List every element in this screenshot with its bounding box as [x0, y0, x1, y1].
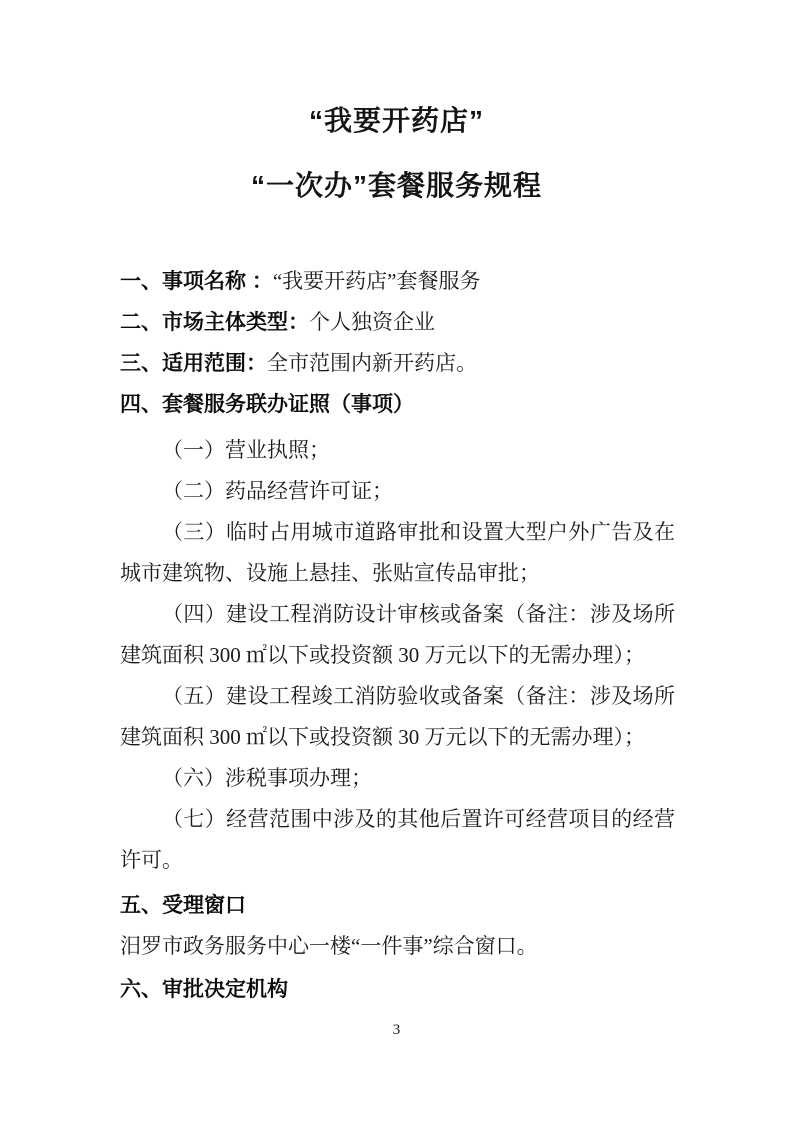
section-2-value: 个人独资企业	[309, 310, 435, 334]
section-entity-type: 二、市场主体类型：个人独资企业	[120, 302, 675, 343]
section-5-paragraph: 汨罗市政务服务中心一楼“一件事”综合窗口。	[120, 926, 675, 967]
list-item-7: （七）经营范围中涉及的其他后置许可经营项目的经营许可。	[120, 799, 675, 881]
list-item-5: （五）建设工程竣工消防验收或备案（备注：涉及场所建筑面积 300 ㎡以下或投资额…	[120, 676, 675, 758]
document-body: 一、事项名称 ：“我要开药店”套餐服务 二、市场主体类型：个人独资企业 三、适用…	[120, 261, 675, 1010]
section-1-value: “我要开药店”套餐服务	[273, 269, 481, 293]
page-number: 3	[0, 1022, 793, 1039]
list-item-6: （六）涉税事项办理；	[120, 758, 675, 799]
section-1-heading: 一、事项名称 ：	[120, 270, 273, 293]
list-item-1: （一）营业执照；	[120, 430, 675, 471]
list-item-3: （三）临时占用城市道路审批和设置大型户外广告及在城市建筑物、设施上悬挂、张贴宣传…	[120, 512, 675, 594]
section-item-name: 一、事项名称 ：“我要开药店”套餐服务	[120, 261, 675, 302]
document-title-line-2: “一次办”套餐服务规程	[0, 171, 793, 201]
section-6-heading: 六、审批决定机构	[120, 969, 675, 1010]
document-title-line-1: “我要开药店”	[0, 106, 793, 136]
list-item-2: （二）药品经营许可证；	[120, 471, 675, 512]
section-3-heading: 三、适用范围：	[120, 352, 267, 375]
section-2-heading: 二、市场主体类型：	[120, 311, 309, 334]
section-4-heading: 四、套餐服务联办证照（事项）	[120, 384, 675, 425]
list-item-4: （四）建设工程消防设计审核或备案（备注：涉及场所建筑面积 300 ㎡以下或投资额…	[120, 594, 675, 676]
section-scope: 三、适用范围：全市范围内新开药店。	[120, 343, 675, 384]
section-5-heading: 五、受理窗口	[120, 885, 675, 926]
document-page: “我要开药店” “一次办”套餐服务规程 一、事项名称 ：“我要开药店”套餐服务 …	[0, 0, 793, 1122]
section-3-value: 全市范围内新开药店。	[267, 351, 477, 375]
